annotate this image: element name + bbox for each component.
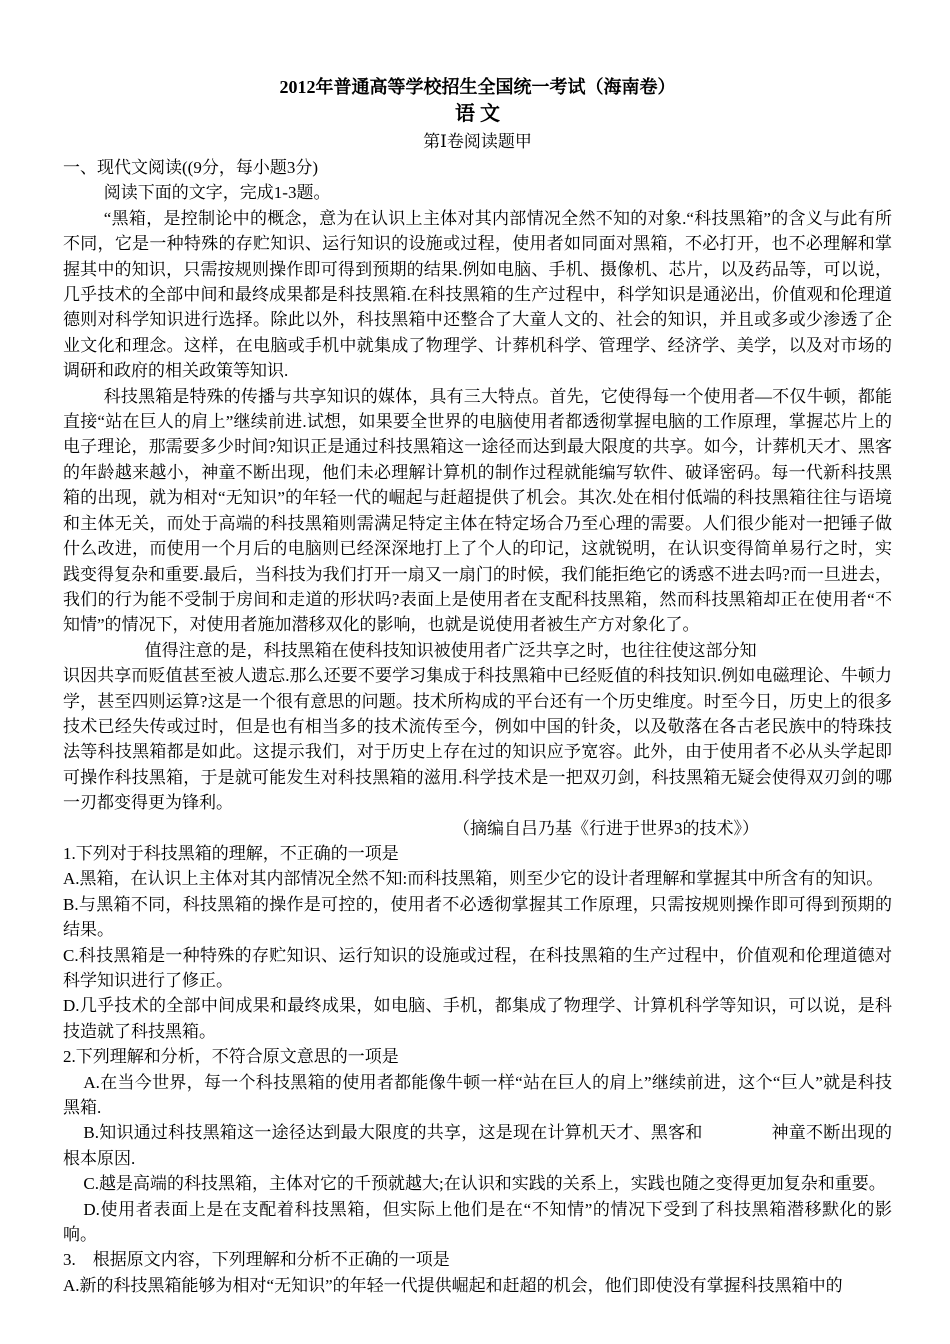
question-1-stem: 1.下列对于科技黑箱的理解，不正确的一项是 (63, 841, 892, 866)
passage-para-1: “黑箱，是控制论中的概念，意为在认识上主体对其内部情况全然不知的对象.“科技黑箱… (63, 206, 892, 384)
question-2-stem: 2.下列理解和分析，不符合原文意思的一项是 (63, 1044, 892, 1069)
question-1-option-d: D.几乎技术的全部中间成果和最终成果，如电脑、手机，都集成了物理学、计算机科学等… (63, 993, 892, 1044)
question-1-option-c: C.科技黑箱是一种特殊的存贮知识、运行知识的设施或过程，在科技黑箱的生产过程中，… (63, 943, 892, 994)
exam-paper-page: 2012年普通高等学校招生全国统一考试（海南卷） 语 文 第Ⅰ卷阅读题甲 一、现… (0, 0, 950, 1344)
question-1-option-b: B.与黑箱不同，科技黑箱的操作是可控的，使用者不必透彻掌握其工作原理，只需按规则… (63, 892, 892, 943)
question-2-option-c: C.越是高端的科技黑箱，主体对它的千预就越大;在认识和实践的关系上，实践也随之变… (63, 1171, 892, 1196)
question-2-option-b: B.知识通过科技黑箱这一途径达到最大限度的共享，这是现在计算机天才、黑客和 神童… (63, 1120, 892, 1171)
question-3-option-a: A.新的科技黑箱能够为相对“无知识”的年轻一代提供崛起和赶超的机会，他们即使没有… (63, 1273, 892, 1298)
question-2-option-a: A.在当今世界，每一个科技黑箱的使用者都能像牛顿一样“站在巨人的肩上”继续前进，… (63, 1070, 892, 1121)
question-1-option-a: A.黑箱，在认识上主体对其内部情况全然不知:而科技黑箱，则至少它的设计者理解和掌… (63, 866, 892, 891)
question-3-stem: 3. 根据原文内容，下列理解和分析不正确的一项是 (63, 1247, 892, 1272)
passage-para-3-first-line: 值得注意的是，科技黑箱在使科技知识被使用者广泛共享之时，也往往使这部分知 (63, 638, 892, 663)
exam-title: 2012年普通高等学校招生全国统一考试（海南卷） (63, 74, 892, 100)
volume-heading: 第Ⅰ卷阅读题甲 (63, 129, 892, 155)
reading-instruction: 阅读下面的文字，完成1-3题。 (63, 180, 892, 205)
subject-title: 语 文 (63, 100, 892, 129)
passage-para-2: 科技黑箱是特殊的传播与共享知识的媒体，具有三大特点。首先，它使得每一个使用者—不… (63, 384, 892, 638)
passage-para-3-continuation: 识因共享而贬值甚至被人遗忘.那么还要不要学习集成于科技黑箱中已经贬值的科技知识.… (63, 663, 892, 815)
question-2-option-d: D.使用者表面上是在支配着科技黑箱，但实际上他们是在“不知情”的情况下受到了科技… (63, 1197, 892, 1248)
section-1-heading: 一、现代文阅读((9分，每小题3分) (63, 155, 892, 180)
passage-source: （摘编自吕乃基《行进于世界3的技术》） (63, 816, 892, 841)
